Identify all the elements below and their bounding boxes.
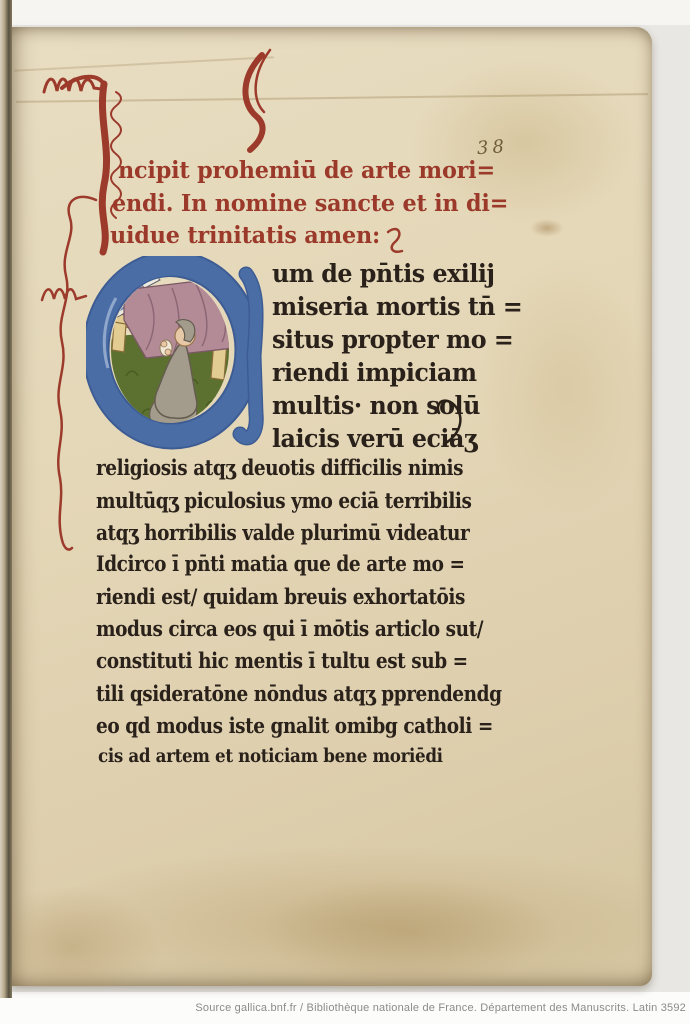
text-line: multis· non solū (272, 391, 480, 420)
text-line: eo qd modus iste gnalit omibg catholi = (96, 713, 493, 738)
text-line: religiosis atqʒ deuotis difficilis nimis (96, 455, 463, 480)
text-line: laicis verū eciāʒ (272, 424, 477, 453)
rubric-line: endi. In nomine sancte et in di= (112, 190, 508, 217)
text-line: multūqʒ piculosius ymo eciā terribilis (96, 488, 471, 513)
text-line: atqʒ horribilis valde plurimū videatur (96, 520, 469, 545)
parchment-crease (14, 56, 274, 72)
parchment-stain (260, 877, 560, 987)
folio-number: 38 (476, 136, 508, 159)
text-line: riendi est/ quidam breuis exhortatōis (96, 584, 465, 609)
text-line: constituti hic mentis ī tultu est sub = (96, 648, 468, 673)
text-line: miseria mortis tn̄ = (272, 292, 522, 321)
rubric-line: uidue trinitatis amen: (110, 222, 380, 249)
text-line: modus circa eos qui ī mōtis articlo sut/ (96, 616, 483, 641)
text-line: um de pn̄tis exilij (272, 259, 495, 288)
text-line: tili qsideratōne nōndus atqʒ pprendendg (96, 681, 502, 706)
text-line: situs propter mo = (272, 325, 513, 354)
adjacent-leaf-edge-top (0, 0, 690, 25)
text-line: Idcirco ī pn̄ti matia que de arte mo = (96, 551, 465, 576)
parchment-stain (30, 847, 640, 987)
parchment-stain (530, 219, 564, 237)
text-line: riendi impiciam (272, 358, 476, 387)
source-caption: Source gallica.bnf.fr / Bibliothèque nat… (195, 1002, 686, 1014)
text-line: cis ad artem et noticiam bene moriēdi (98, 745, 443, 767)
rubric-line: ncipit prohemiū de arte mori= (118, 157, 495, 184)
parchment-crease (16, 93, 648, 103)
parchment-stain (10, 887, 160, 987)
gallica-scan-viewport: ncipit prohemiū de arte mori= endi. In n… (0, 0, 690, 1024)
book-gutter-binding (0, 0, 12, 998)
